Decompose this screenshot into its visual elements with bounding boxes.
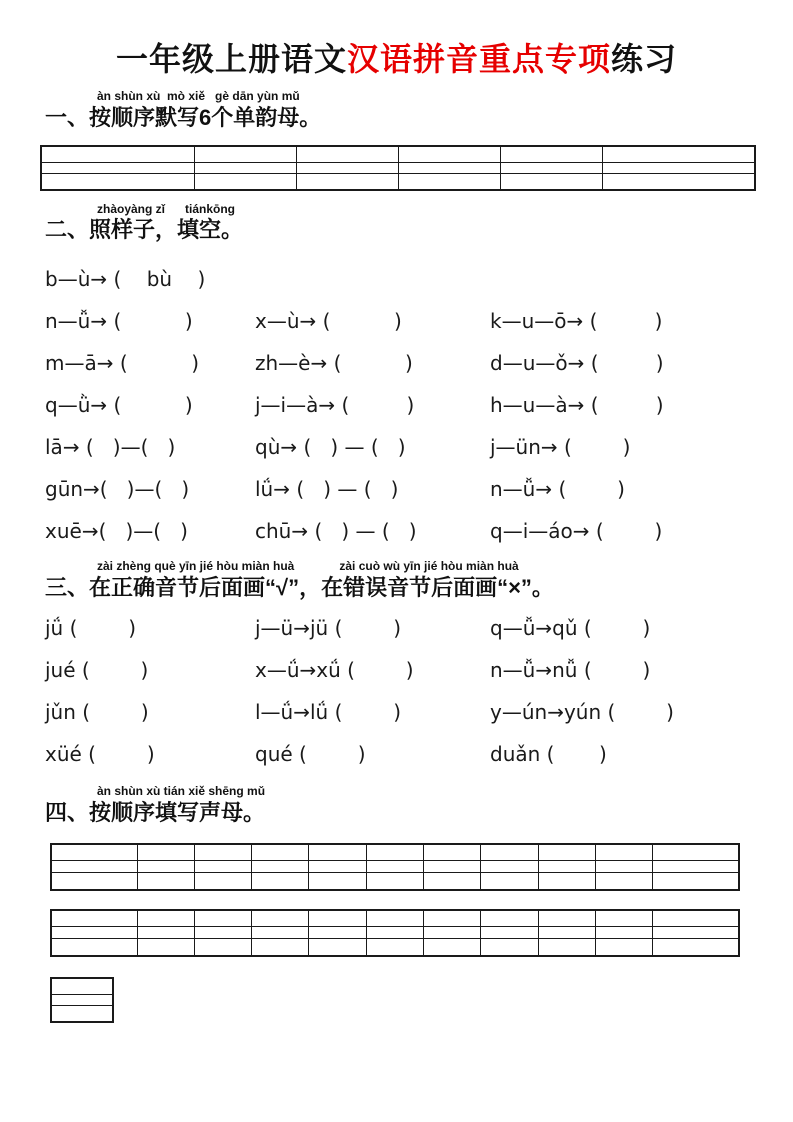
answer-cell[interactable] [137,910,194,927]
exercise-cell: j—ü→jü ( ) [255,616,490,640]
answer-cell[interactable] [424,910,481,927]
answer-cell[interactable] [653,910,739,927]
answer-cell[interactable] [538,927,595,939]
answer-cell[interactable] [538,910,595,927]
exercise-row: m—ā→ ( ) zh—è→ ( ) d—u—ǒ→ ( ) [45,342,793,384]
answer-cell[interactable] [481,844,538,861]
section-3-pinyin: zài zhèng què yīn jié hòu miàn huàzài cu… [97,560,793,574]
answer-cell[interactable] [596,910,653,927]
answer-cell[interactable] [41,173,194,190]
answer-cell[interactable] [366,927,423,939]
answer-cell[interactable] [398,173,500,190]
answer-cell[interactable] [500,146,602,163]
answer-cell[interactable] [596,927,653,939]
exercise-cell: jué ( ) [45,658,255,682]
answer-cell[interactable] [366,938,423,955]
answer-cell[interactable] [500,173,602,190]
answer-cell[interactable] [194,927,251,939]
answer-cell[interactable] [252,844,309,861]
answer-cell[interactable] [252,861,309,873]
answer-cell[interactable] [481,910,538,927]
answer-cell[interactable] [194,872,251,889]
answer-cell[interactable] [398,162,500,173]
answer-cell[interactable] [596,861,653,873]
answer-cell[interactable] [653,938,739,955]
exercise-cell: jǘ ( ) [45,616,255,640]
answer-cell[interactable] [137,861,194,873]
answer-cell[interactable] [424,927,481,939]
answer-cell[interactable] [296,146,398,163]
exercise-row: q—ǜ→ ( ) j—i—à→ ( ) h—u—à→ ( ) [45,384,793,426]
exercise-row: jǔn ( ) l—ǘ→lǘ ( ) y—ún→yún ( ) [45,691,793,733]
section-2-heading: 二、照样子，填空。 [45,216,793,244]
answer-cell[interactable] [137,844,194,861]
answer-cell[interactable] [252,938,309,955]
exercise-cell: qù→ ( ) — ( ) [255,435,490,459]
answer-cell[interactable] [538,861,595,873]
answer-cell[interactable] [194,173,296,190]
answer-cell[interactable] [296,173,398,190]
exercise-cell: m—ā→ ( ) [45,351,255,375]
section-3-exercises: jǘ ( ) j—ü→jü ( ) q—ǚ→qǔ ( ) jué ( ) x—ǘ… [45,607,793,775]
exercise-cell: q—i—áo→ ( ) [490,519,793,543]
exercise-cell: chū→ ( ) — ( ) [255,519,490,543]
answer-cell[interactable] [481,861,538,873]
section-1-header: àn shùn xù mò xiě gè dān yùn mǔ 一、按顺序默写6… [45,90,793,131]
title-text-left: 一年级上册语文 [116,41,347,77]
answer-cell[interactable] [653,861,739,873]
exercise-cell: n—ǚ→ ( ) [490,477,793,501]
exercise-cell: x—ǘ→xǘ ( ) [255,658,490,682]
answer-cell[interactable] [309,844,366,861]
exercise-row: jǘ ( ) j—ü→jü ( ) q—ǚ→qǔ ( ) [45,607,793,649]
section-3-pinyin-left: zài zhèng què yīn jié hòu miàn huà [97,559,294,573]
initials-writing-grid-2 [50,909,740,957]
answer-cell[interactable] [538,844,595,861]
exercise-cell: x—ù→ ( ) [255,309,490,333]
answer-cell[interactable] [194,910,251,927]
exercise-cell: xuē→( )—( ) [45,519,255,543]
answer-cell[interactable] [296,162,398,173]
answer-cell[interactable] [602,173,755,190]
answer-cell[interactable] [41,146,194,163]
exercise-row: gūn→( )—( ) lǘ→ ( ) — ( ) n—ǚ→ ( ) [45,468,793,510]
answer-cell[interactable] [51,844,137,861]
answer-cell[interactable] [194,844,251,861]
section-3-pinyin-right: zài cuò wù yīn jié hòu miàn huà [339,559,518,573]
exercise-cell: d—u—ǒ→ ( ) [490,351,793,375]
answer-cell[interactable] [424,844,481,861]
section-1-pinyin: àn shùn xù mò xiě gè dān yùn mǔ [97,90,793,104]
answer-cell[interactable] [424,861,481,873]
initials-writing-grid-3 [50,977,114,1023]
answer-cell[interactable] [194,938,251,955]
worksheet-page: 一年级上册语文汉语拼音重点专项练习 àn shùn xù mò xiě gè d… [0,0,793,1122]
exercise-row: xüé ( ) qué ( ) duǎn ( ) [45,733,793,775]
answer-cell[interactable] [538,872,595,889]
answer-cell[interactable] [309,927,366,939]
answer-cell[interactable] [481,938,538,955]
exercise-cell: j—i—à→ ( ) [255,393,490,417]
answer-cell[interactable] [366,910,423,927]
exercise-cell: xüé ( ) [45,742,255,766]
answer-cell[interactable] [500,162,602,173]
exercise-cell: qué ( ) [255,742,490,766]
answer-cell[interactable] [538,938,595,955]
exercise-cell: h—u—à→ ( ) [490,393,793,417]
answer-cell[interactable] [481,927,538,939]
answer-cell[interactable] [194,162,296,173]
answer-cell[interactable] [309,938,366,955]
answer-cell[interactable] [653,872,739,889]
exercise-cell: y—ún→yún ( ) [490,700,793,724]
answer-cell[interactable] [309,861,366,873]
section-4-pinyin: àn shùn xù tián xiě shēng mǔ [97,785,793,799]
answer-cell[interactable] [424,938,481,955]
exercise-cell: zh—è→ ( ) [255,351,490,375]
section-2-pinyin: zhàoyàng zǐ tiánkōng [97,203,793,217]
answer-cell[interactable] [194,146,296,163]
answer-cell[interactable] [137,938,194,955]
exercise-cell: gūn→( )—( ) [45,477,255,501]
answer-cell[interactable] [137,927,194,939]
answer-cell[interactable] [309,872,366,889]
exercise-cell: lā→ ( )—( ) [45,435,255,459]
initials-writing-grid-1 [50,843,740,891]
exercise-cell: j—ün→ ( ) [490,435,793,459]
answer-cell[interactable] [398,146,500,163]
answer-cell[interactable] [51,994,113,1005]
vowel-writing-grid [40,145,756,191]
answer-cell[interactable] [194,861,251,873]
exercise-cell: n—ǚ→ ( ) [45,309,255,333]
answer-cell[interactable] [252,927,309,939]
answer-cell[interactable] [51,872,137,889]
answer-cell[interactable] [653,844,739,861]
exercise-cell: n—ǚ→nǚ ( ) [490,658,793,682]
answer-cell[interactable] [596,872,653,889]
section-3-heading: 三、在正确音节后面画“√”，在错误音节后面画“×”。 [45,574,793,602]
section-1-heading: 一、按顺序默写6个单韵母。 [45,104,793,132]
answer-cell[interactable] [51,861,137,873]
answer-cell[interactable] [366,844,423,861]
answer-cell[interactable] [424,872,481,889]
answer-cell[interactable] [596,938,653,955]
answer-cell[interactable] [602,146,755,163]
exercise-cell: jǔn ( ) [45,700,255,724]
answer-cell[interactable] [51,910,137,927]
answer-cell[interactable] [481,872,538,889]
exercise-cell: k—u—ō→ ( ) [490,309,793,333]
section-4-heading: 四、按顺序填写声母。 [45,799,793,827]
answer-cell[interactable] [366,861,423,873]
title-highlight: 汉语拼音重点专项 [347,41,611,77]
answer-cell[interactable] [41,162,194,173]
answer-cell[interactable] [51,978,113,995]
answer-cell[interactable] [51,1005,113,1022]
section-4-header: àn shùn xù tián xiě shēng mǔ 四、按顺序填写声母。 [45,785,793,826]
answer-cell[interactable] [366,872,423,889]
exercise-cell: q—ǚ→qǔ ( ) [490,616,793,640]
exercise-row-example: b—ù→ ( bù ) [45,258,793,300]
answer-cell[interactable] [309,910,366,927]
title-text-right: 练习 [611,41,677,77]
exercise-row: jué ( ) x—ǘ→xǘ ( ) n—ǚ→nǚ ( ) [45,649,793,691]
answer-cell[interactable] [653,927,739,939]
section-3-header: zài zhèng què yīn jié hòu miàn huàzài cu… [45,560,793,601]
exercise-cell: duǎn ( ) [490,742,793,766]
exercise-row: n—ǚ→ ( ) x—ù→ ( ) k—u—ō→ ( ) [45,300,793,342]
answer-cell[interactable] [602,162,755,173]
exercise-cell: l—ǘ→lǘ ( ) [255,700,490,724]
answer-cell[interactable] [252,910,309,927]
exercise-cell: q—ǜ→ ( ) [45,393,255,417]
answer-cell[interactable] [51,938,137,955]
exercise-row: lā→ ( )—( ) qù→ ( ) — ( ) j—ün→ ( ) [45,426,793,468]
answer-cell[interactable] [51,927,137,939]
section-2-header: zhàoyàng zǐ tiánkōng 二、照样子，填空。 [45,203,793,244]
answer-cell[interactable] [596,844,653,861]
example-cell: b—ù→ ( bù ) [45,267,205,291]
page-title: 一年级上册语文汉语拼音重点专项练习 [40,0,753,78]
exercise-cell: lǘ→ ( ) — ( ) [255,477,490,501]
answer-cell[interactable] [137,872,194,889]
answer-cell[interactable] [252,872,309,889]
section-2-exercises: b—ù→ ( bù ) n—ǚ→ ( ) x—ù→ ( ) k—u—ō→ ( )… [45,258,793,552]
exercise-row: xuē→( )—( ) chū→ ( ) — ( ) q—i—áo→ ( ) [45,510,793,552]
